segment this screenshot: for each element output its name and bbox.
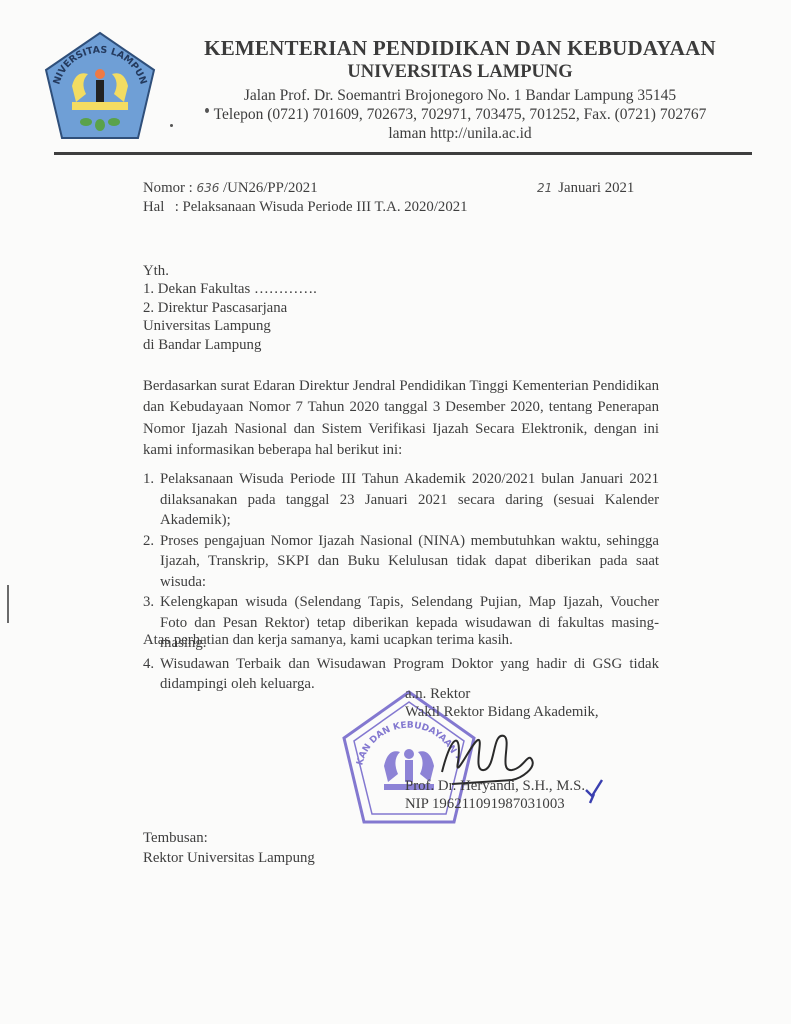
copy-block: Tembusan: Rektor Universitas Lampung [143,828,315,868]
recipient-line: di Bandar Lampung [143,336,317,354]
closing-sentence: Atas perhatian dan kerja samanya, kami u… [143,632,513,649]
subject-value: : Pelaksanaan Wisuda Periode III T.A. 20… [175,199,468,215]
university-logo: UNIVERSITAS LAMPUNG [42,30,158,142]
telephone: Telepon (0721) 701609, 702673, 702971, 7… [150,106,770,124]
subject-line: Hal : Pelaksanaan Wisuda Periode III T.A… [143,199,468,216]
date-rest: Januari 2021 [558,180,634,196]
list-item: 2.Proses pengajuan Nomor Ijazah Nasional… [143,531,659,593]
signer-nip: NIP 196211091987031003 [405,796,565,813]
scan-margin-mark [7,585,9,623]
nomor-handwritten: 636 [196,181,219,195]
letter-number: Nomor : 636 /UN26/PP/2021 [143,180,318,197]
copy-label: Tembusan: [143,828,315,848]
copy-recipient: Rektor Universitas Lampung [143,848,315,868]
signature-block: a.n. Rektor Wakil Rektor Bidang Akademik… [405,685,599,721]
points-list: 1.Pelaksanaan Wisuda Periode III Tahun A… [143,469,659,695]
signer-position: Wakil Rektor Bidang Akademik, [405,703,599,721]
on-behalf: a.n. Rektor [405,685,599,703]
address: Jalan Prof. Dr. Soemantri Brojonegoro No… [150,87,770,105]
recipient-line: 2. Direktur Pascasarjana [143,299,317,317]
intro-paragraph: Berdasarkan surat Edaran Direktur Jendra… [143,376,659,461]
subject-label: Hal [143,199,171,216]
recipients-block: Yth. 1. Dekan Fakultas …………. 2. Direktur… [143,262,317,354]
nomor-label: Nomor : [143,180,193,196]
list-item: 1.Pelaksanaan Wisuda Periode III Tahun A… [143,469,659,531]
checkmark-icon [584,778,604,804]
ministry-title: KEMENTERIAN PENDIDIKAN DAN KEBUDAYAAN [150,36,770,61]
nomor-suffix: /UN26/PP/2021 [219,180,317,196]
letter-date: 21Januari 2021 [537,180,634,197]
signer-name: Prof. Dr. Heryandi, S.H., M.S. [405,778,585,795]
date-day: 21 [537,181,552,195]
university-name: UNIVERSITAS LAMPUNG [150,62,770,83]
header-rule [54,152,752,155]
website: laman http://unila.ac.id [150,125,770,143]
ink-speck [170,124,173,127]
ink-speck [205,108,209,113]
recipient-line: 1. Dekan Fakultas …………. [143,280,317,298]
recipient-line: Universitas Lampung [143,317,317,335]
salutation: Yth. [143,262,317,280]
